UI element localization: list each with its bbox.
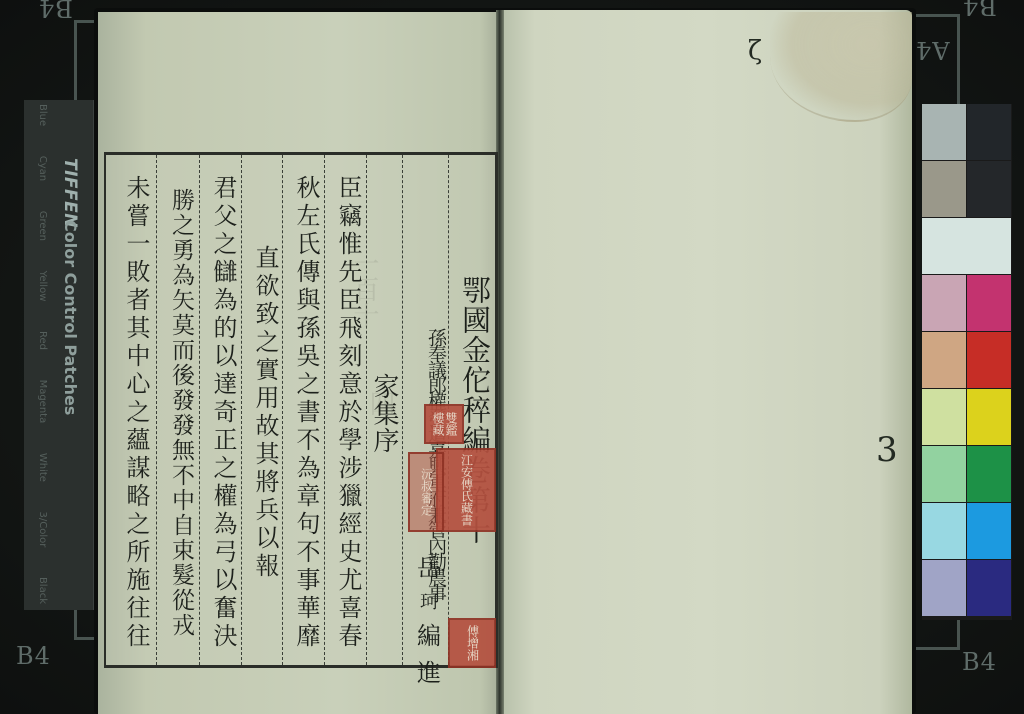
collector-seal-4: 傅增湘 [448,618,496,668]
text-column-5: 勝之勇為矢莫而後發發無不中自束髮從戎 [158,155,198,665]
text-line: 秋左氏傳與孫吳之書不為章句不事華靡 [288,169,324,651]
text-column-4: 君父之讎為的以達奇正之權為弓以奮決 [201,155,241,665]
grid-label-right-upper: A4 [915,36,950,64]
grid-label-bottom-right: B4 [962,648,997,676]
text-line: 臣竊惟先臣飛刻意於學涉獵經史尤喜春 [330,169,366,651]
author-char: 珂 [414,592,440,611]
color-patch-blue [967,560,1011,616]
color-patch-red [967,332,1011,388]
patch-name: Black [37,577,48,604]
handwritten-mark-1: ζ [748,36,762,66]
tiffen-brand-label: TIFFEN [60,158,80,228]
collector-seal-2: 江安傅氏藏書 [436,448,496,532]
patch-name: Cyan [37,156,48,181]
color-patch-gray-mid [922,161,966,217]
color-patch-green-light [922,446,966,502]
author-char: 岳 [410,555,445,580]
handwritten-mark-2: 3 [876,430,898,470]
seal-text: 雙鑑樓藏 [431,408,457,440]
author-name-chars: 岳 珂 編 進 [406,555,448,685]
author-char: 編 [410,623,445,648]
patch-name: Yellow [37,271,48,302]
collector-seal-1: 雙鑑樓藏 [424,404,464,444]
text-column-6: 未嘗一敗者其中心之蘊謀略之所施往往 [112,155,154,665]
author-char: 進 [410,660,445,685]
patch-name: Magenta [37,380,48,424]
text-line: 勝之勇為矢莫而後發發無不中自束髮從戎 [164,182,198,638]
color-patch-green [967,446,1011,502]
color-patch-red-light [922,332,966,388]
column-rule [324,155,325,665]
color-patch-magenta [967,275,1011,331]
color-patch-black-top [967,104,1011,160]
collector-seal-3: 沅叔審定 [408,452,444,532]
seal-text: 傅增湘 [466,625,479,661]
grid-label-top-left: B4 [38,0,73,22]
tiffen-patch-names: Blue Cyan Green Yellow Red Magenta White… [37,104,48,604]
column-rule [241,155,242,665]
color-patch-magenta-light [922,275,966,331]
text-column-3: 直欲致之實用故其將兵以報 [243,155,283,665]
seal-text: 江安傅氏藏書 [460,454,473,526]
column-rule [199,155,200,665]
patch-name: Blue [37,104,48,126]
color-patch-yellow [967,389,1011,445]
patch-name: Green [37,211,48,241]
grid-label-bottom-left: B4 [16,642,51,670]
grid-label-top-right: B4 [962,0,997,20]
text-line: 君父之讎為的以達奇正之權為弓以奮決 [205,169,241,651]
section-title-column: 家集序 [368,155,404,665]
color-patch-cyan-light [922,503,966,559]
color-patch-black-2 [967,161,1011,217]
color-patch-white [922,218,1011,274]
seal-text: 沅叔審定 [420,468,433,516]
patch-name: 3/Color [37,512,48,548]
patch-name: White [37,453,48,482]
color-patch-chart [922,104,1012,620]
column-rule [156,155,157,665]
tiffen-title-label: Color Control Patches [61,220,80,415]
tiffen-color-control-strip: TIFFEN Color Control Patches Blue Cyan G… [24,100,94,610]
color-patch-gray-light [922,104,966,160]
text-line: 未嘗一敗者其中心之蘊謀略之所施往往 [118,169,154,651]
text-column-2: 秋左氏傳與孫吳之書不為章句不事華靡 [284,155,324,665]
color-patch-blue-light [922,560,966,616]
color-patch-yellow-light [922,389,966,445]
color-patch-cyan [967,503,1011,559]
section-title: 家集序 [364,367,404,454]
text-column-1: 臣竊惟先臣飛刻意於學涉獵經史尤喜春 [326,155,366,665]
text-line: 直欲致之實用故其將兵以報 [247,239,283,581]
patch-name: Red [37,331,48,350]
